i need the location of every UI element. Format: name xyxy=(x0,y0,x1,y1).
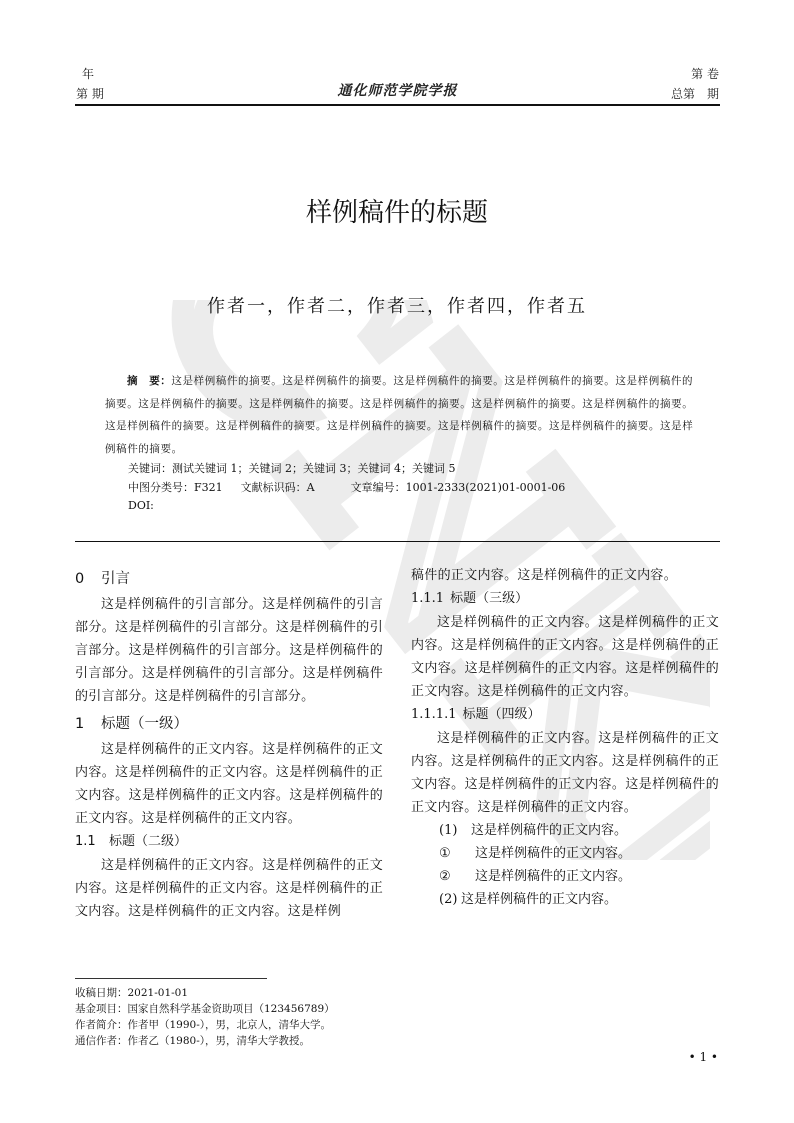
doi-line: DOI: xyxy=(128,499,154,512)
doi-label: DOI: xyxy=(128,499,154,512)
classification-line: 中图分类号：F321文献标识码：A文章编号：1001-2333(2021)01-… xyxy=(128,479,565,495)
body-paragraph: 这是样例稿件的正文内容。这是样例稿件的正文内容。这是样例稿件的正文内容。这是样例… xyxy=(411,727,719,819)
footnote-value: 作者甲（1990-），男，北京人，清华大学。 xyxy=(128,1019,332,1031)
keywords: 关键词：测试关键词 1；关键词 2；关键词 3；关键词 4；关键词 5 xyxy=(128,460,455,476)
heading-title: 引言 xyxy=(101,571,130,587)
right-column: 稿件的正文内容。这是样例稿件的正文内容。 1.1.1标题（三级） 这是样例稿件的… xyxy=(411,564,719,911)
footnote-label: 收稿日期： xyxy=(75,987,128,999)
footnote-bio: 作者简介：作者甲（1990-），男，北京人，清华大学。 xyxy=(75,1017,335,1033)
list-item: (2)这是样例稿件的正文内容。 xyxy=(411,888,719,911)
footnote-value: 作者乙（1980-），男，清华大学教授。 xyxy=(128,1035,311,1047)
heading-section-1-1-1-1: 1.1.1.1标题（四级） xyxy=(411,703,719,727)
heading-section-0: 0引言 xyxy=(75,565,383,593)
footnote-fund: 基金项目：国家自然科学基金资助项目（123456789） xyxy=(75,1001,335,1017)
keywords-text: 测试关键词 1；关键词 2；关键词 3；关键词 4；关键词 5 xyxy=(172,462,455,475)
body-paragraph: 这是样例稿件的正文内容。这是样例稿件的正文内容。这是样例稿件的正文内容。这是样例… xyxy=(75,738,383,830)
article-no-label: 文章编号： xyxy=(351,481,406,494)
heading-section-1-1-1: 1.1.1标题（三级） xyxy=(411,587,719,611)
running-header: 年 第 期 通化师范学院学报 第 卷 总第 期 xyxy=(76,64,719,104)
footnote-corresponding: 通信作者：作者乙（1980-），男，清华大学教授。 xyxy=(75,1033,335,1049)
footnote-label: 通信作者： xyxy=(75,1035,128,1047)
body-paragraph: 这是样例稿件的正文内容。这是样例稿件的正文内容。这是样例稿件的正文内容。这是样例… xyxy=(75,854,383,923)
heading-number: 1.1.1.1 xyxy=(411,707,456,722)
article-no-value: 1001-2333(2021)01-0001-06 xyxy=(406,481,566,494)
paper-title: 样例稿件的标题 xyxy=(0,192,794,229)
list-item: (1)这是样例稿件的正文内容。 xyxy=(411,819,719,842)
footnote-value: 2021-01-01 xyxy=(128,987,189,999)
footnote-label: 作者简介： xyxy=(75,1019,128,1031)
heading-number: 1.1 xyxy=(75,830,109,854)
header-right: 第 卷 总第 期 xyxy=(671,64,719,104)
abstract-text: 这是样例稿件的摘要。这是样例稿件的摘要。这是样例稿件的摘要。这是样例稿件的摘要。… xyxy=(105,375,693,455)
list-text: 这是样例稿件的正文内容。 xyxy=(471,823,627,838)
list-marker: (1) xyxy=(439,819,471,842)
keywords-label: 关键词： xyxy=(128,462,172,475)
section-divider xyxy=(75,541,720,542)
clc-value: F321 xyxy=(194,481,223,494)
list-item: ①这是样例稿件的正文内容。 xyxy=(411,842,719,865)
heading-title: 标题（四级） xyxy=(462,707,540,722)
heading-title: 标题（三级） xyxy=(450,591,528,606)
doc-code-value: A xyxy=(307,481,315,494)
footnote-rule xyxy=(75,978,267,979)
list-text: 这是样例稿件的正文内容。 xyxy=(475,846,631,861)
heading-number: 0 xyxy=(75,565,101,593)
journal-name: 通化师范学院学报 xyxy=(76,80,719,100)
heading-section-1: 1标题（一级） xyxy=(75,710,383,738)
header-total-issue: 总第 期 xyxy=(671,84,719,104)
doc-code-label: 文献标识码： xyxy=(241,481,307,494)
left-column: 0引言 这是样例稿件的引言部分。这是样例稿件的引言部分。这是样例稿件的引言部分。… xyxy=(75,565,383,923)
clc-label: 中图分类号： xyxy=(128,481,194,494)
header-rule xyxy=(75,104,720,106)
footnote-value: 国家自然科学基金资助项目（123456789） xyxy=(128,1003,335,1015)
abstract: 摘 要：这是样例稿件的摘要。这是样例稿件的摘要。这是样例稿件的摘要。这是样例稿件… xyxy=(105,370,695,460)
heading-number: 1 xyxy=(75,710,101,738)
list-marker: (2) xyxy=(439,888,461,911)
page-number: • 1 • xyxy=(689,1050,718,1064)
list-marker: ② xyxy=(439,865,475,888)
footnotes: 收稿日期：2021-01-01 基金项目：国家自然科学基金资助项目（123456… xyxy=(75,985,335,1049)
footnote-received: 收稿日期：2021-01-01 xyxy=(75,985,335,1001)
body-paragraph-continued: 稿件的正文内容。这是样例稿件的正文内容。 xyxy=(411,564,719,587)
author-list: 作者一，作者二，作者三，作者四，作者五 xyxy=(0,292,794,318)
abstract-label: 摘 要： xyxy=(127,375,171,387)
heading-title: 标题（二级） xyxy=(109,834,187,849)
list-marker: ① xyxy=(439,842,475,865)
list-text: 这是样例稿件的正文内容。 xyxy=(475,869,631,884)
list-text: 这是样例稿件的正文内容。 xyxy=(461,892,617,907)
header-volume: 第 卷 xyxy=(671,64,719,84)
intro-paragraph: 这是样例稿件的引言部分。这是样例稿件的引言部分。这是样例稿件的引言部分。这是样例… xyxy=(75,593,383,708)
heading-title: 标题（一级） xyxy=(101,716,188,732)
heading-number: 1.1.1 xyxy=(411,591,444,606)
heading-section-1-1: 1.1标题（二级） xyxy=(75,830,383,854)
footnote-label: 基金项目： xyxy=(75,1003,128,1015)
body-paragraph: 这是样例稿件的正文内容。这是样例稿件的正文内容。这是样例稿件的正文内容。这是样例… xyxy=(411,611,719,703)
list-item: ②这是样例稿件的正文内容。 xyxy=(411,865,719,888)
